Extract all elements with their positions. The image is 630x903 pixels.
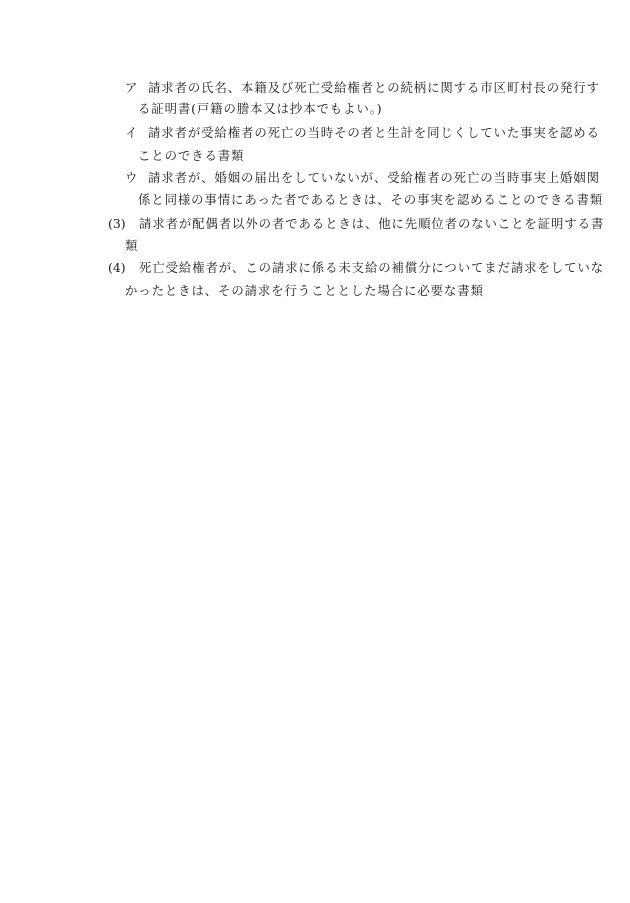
item-u-line-2: 係と同様の事情にあった者であるときは、その事実を認めることのできる書類 — [138, 192, 603, 208]
item-3-marker: (3) — [108, 216, 126, 232]
item-a-line-2: る証明書(戸籍の謄本又は抄本でもよい。) — [138, 101, 383, 117]
item-i-line-2: ことのできる書類 — [138, 148, 244, 164]
document-page: ア 請求者の氏名、本籍及び死亡受給権者との続柄に関する市区町村長の発行す る証明… — [0, 0, 630, 903]
item-a-marker: ア — [125, 80, 137, 96]
item-4-line-1: 死亡受給権者が、この請求に係る未支給の補償分についてまだ請求をしていな — [139, 260, 604, 276]
item-u-line-1: 請求者が、婚姻の届出をしていないが、受給権者の死亡の当時事実上婚姻関 — [148, 170, 600, 186]
item-4-line-2: かったときは、その請求を行うこととした場合に必要な書類 — [125, 283, 484, 299]
item-3-line-2: 類 — [125, 238, 138, 254]
item-3-line-1: 請求者が配偶者以外の者であるときは、他に先順位者のないことを証明する書 — [139, 216, 604, 232]
item-i-marker: イ — [125, 125, 137, 141]
item-4-marker: (4) — [108, 260, 126, 276]
item-a-line-1: 請求者の氏名、本籍及び死亡受給権者との続柄に関する市区町村長の発行す — [148, 80, 600, 96]
item-i-line-1: 請求者が受給権者の死亡の当時その者と生計を同じくしていた事実を認める — [148, 125, 600, 141]
item-u-marker: ウ — [125, 170, 137, 186]
